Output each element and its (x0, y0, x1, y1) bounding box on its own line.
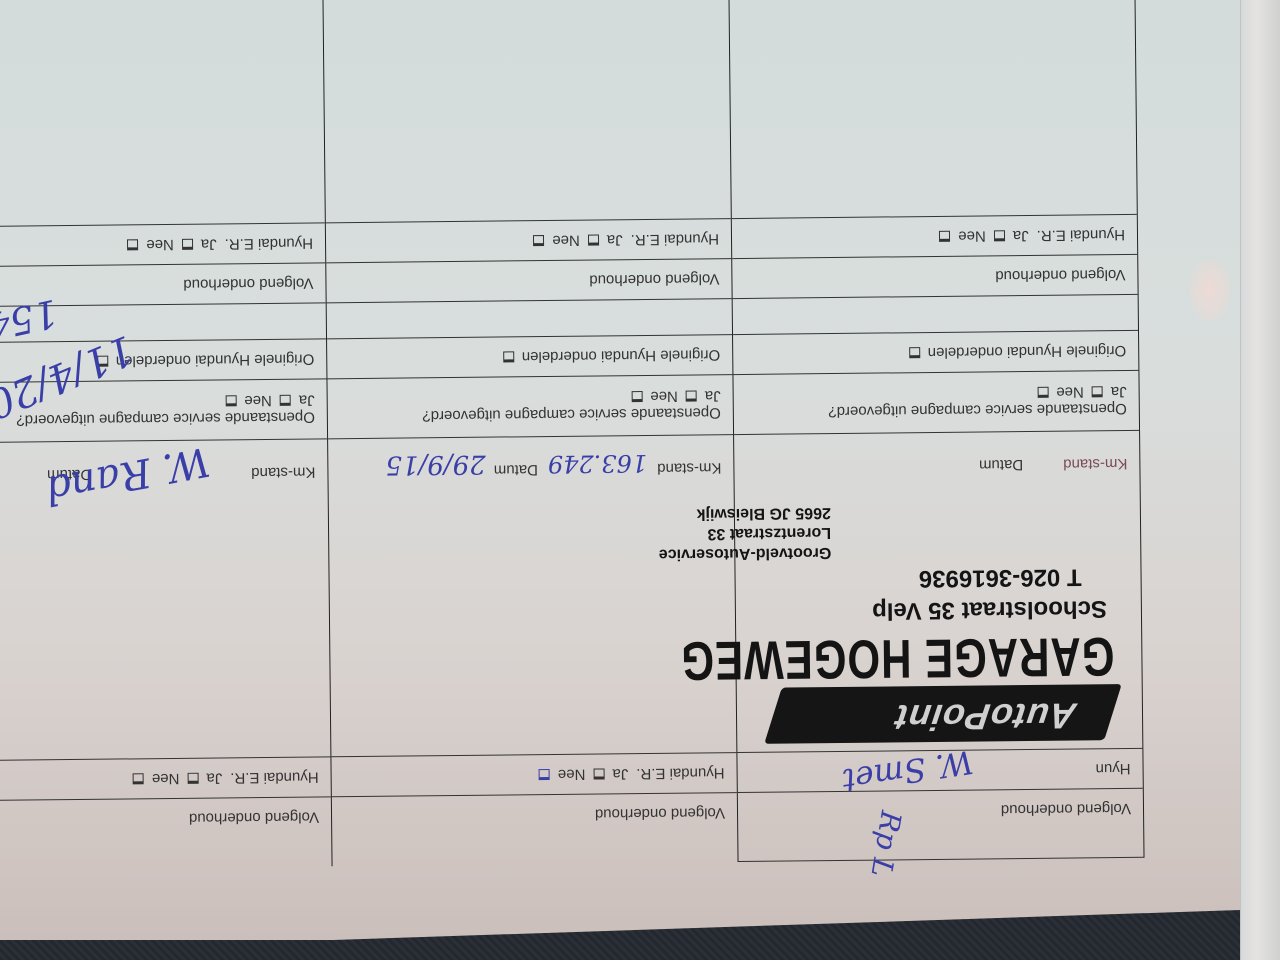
onderdelen-checkbox-checked[interactable] (909, 347, 920, 358)
campagne-ja-checkbox[interactable] (280, 395, 291, 406)
er-nee-checkbox[interactable] (133, 773, 144, 784)
campagne-nee-checkbox[interactable] (225, 395, 236, 406)
service-column-left: Volgend onderhoud Hyundai E.R. Ja Nee Km… (0, 0, 332, 870)
er-nee-checkbox[interactable] (533, 235, 544, 246)
hyundai-er-row: Hyundai E.R. Ja Nee (732, 214, 1137, 258)
page-fold (1240, 0, 1280, 960)
garage-phone-stamp: T 026-3616936 (919, 562, 1082, 592)
volgend-onderhoud-row: Volgend onderhoud (0, 796, 331, 840)
hyundai-er-row: Hyundai E.R. Ja Nee (331, 752, 736, 796)
er-ja-checkbox[interactable] (994, 230, 1005, 241)
volgend-onderhoud-row: Volgend onderhoud (332, 792, 737, 836)
km-stand-row: Km-stand 163.249 Datum 29/9/15 (328, 434, 733, 486)
km-stand-row: Km-stand Datum (734, 430, 1139, 482)
light-glare (1190, 260, 1230, 320)
campagne-ja-checkbox[interactable] (1092, 386, 1103, 397)
er-ja-checkbox[interactable] (182, 239, 193, 250)
campagne-ja-checkbox[interactable] (686, 390, 697, 401)
er-ja-checkbox[interactable] (187, 773, 198, 784)
hyundai-er-row: Hyundai E.R. Ja Nee (326, 218, 731, 262)
campagne-nee-checkbox[interactable] (1037, 387, 1048, 398)
volgend-onderhoud-row: Volgend onderhoud (326, 258, 731, 302)
hyundai-er-row: Hyundai E.R. Ja Nee (0, 756, 331, 800)
autopoint-stamp-logo: AutoPoint (764, 684, 1122, 744)
er-nee-checkbox-checked[interactable] (539, 769, 550, 780)
er-nee-checkbox[interactable] (939, 231, 950, 242)
second-stamp-city: 2665 JG Bleiswijk (696, 503, 830, 522)
blank-row (733, 294, 1138, 334)
service-column-middle: Volgend onderhoud Hyundai E.R. Ja Nee Km… (322, 0, 737, 866)
service-record-table: Volgend onderhoud Hyun Km-stand Datum Op… (0, 0, 1145, 870)
onderdelen-row: Originele Hyundai onderdelen (327, 334, 732, 378)
onderdelen-checkbox[interactable] (503, 351, 514, 362)
garage-address-stamp: Schoolstraat 35 Velp (872, 594, 1107, 624)
onderdelen-row: Originele Hyundai onderdelen (733, 330, 1138, 374)
er-nee-checkbox[interactable] (127, 239, 138, 250)
volgend-onderhoud-row: Volgend onderhoud (732, 254, 1137, 298)
second-stamp-street: Lorentzstraat 33 (707, 523, 831, 542)
campagne-row: Openstaande service campagne uitgevoerd?… (733, 370, 1139, 434)
blank-row (327, 298, 732, 338)
er-ja-checkbox[interactable] (588, 234, 599, 245)
second-stamp-name: Grootveld-Autoservice (659, 543, 832, 563)
campagne-nee-checkbox[interactable] (631, 391, 642, 402)
garage-name-stamp: GARAGE HOGEWEG (680, 625, 1115, 692)
volgend-onderhoud-row: Volgend onderhoud (738, 788, 1143, 832)
er-ja-checkbox[interactable] (593, 768, 604, 779)
campagne-row: Openstaande service campagne uitgevoerd?… (327, 374, 733, 438)
hyundai-er-row: Hyundai E.R. Ja Nee (0, 222, 325, 266)
